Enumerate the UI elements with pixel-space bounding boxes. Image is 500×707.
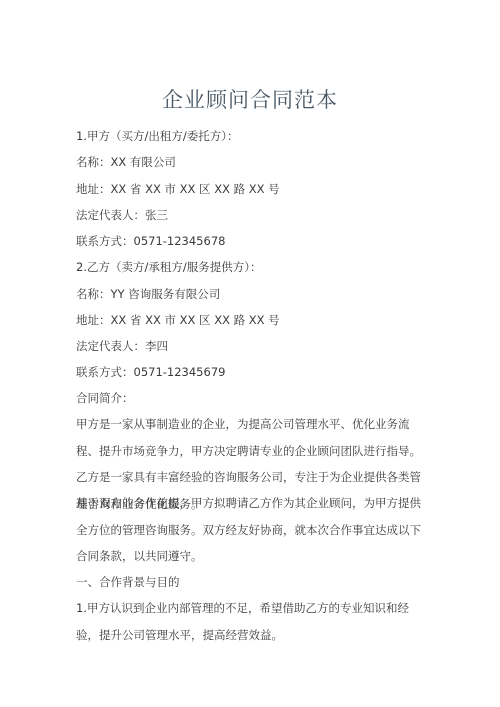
party-a-legal-rep: 法定代表人：张三 [76, 207, 168, 223]
document-title: 企业顾问合同范本 [0, 84, 500, 114]
party-b-legal-rep: 法定代表人：李四 [76, 338, 168, 354]
party-b-contact: 联系方式：0571-12345679 [76, 364, 225, 380]
party-a-address: 地址：XX 省 XX 市 XX 区 XX 路 XX 号 [76, 181, 280, 197]
party-a-contact: 联系方式：0571-12345678 [76, 233, 225, 249]
document-page: 企业顾问合同范本 1.甲方（买方/出租方/委托方）： 名称：XX 有限公司 地址… [0, 0, 500, 707]
party-a-heading: 1.甲方（买方/出租方/委托方）： [76, 128, 238, 144]
party-b-address: 地址：XX 省 XX 市 XX 区 XX 路 XX 号 [76, 312, 280, 328]
party-b-name: 名称：YY 咨询服务有限公司 [76, 286, 220, 302]
party-b-heading: 2.乙方（卖方/承租方/服务提供方）： [76, 259, 261, 275]
intro-heading: 合同简介： [76, 390, 134, 406]
section-1-heading: 一、合作背景与目的 [76, 574, 180, 590]
party-a-name: 名称：XX 有限公司 [76, 154, 176, 170]
intro-paragraph-2: 基于双方的合作前提，甲方拟聘请乙方作为其企业顾问，为甲方提供全方位的管理咨询服务… [76, 490, 430, 570]
section-1-item-1: 1.甲方认识到企业内部管理的不足，希望借助乙方的专业知识和经验，提升公司管理水平… [76, 595, 430, 648]
